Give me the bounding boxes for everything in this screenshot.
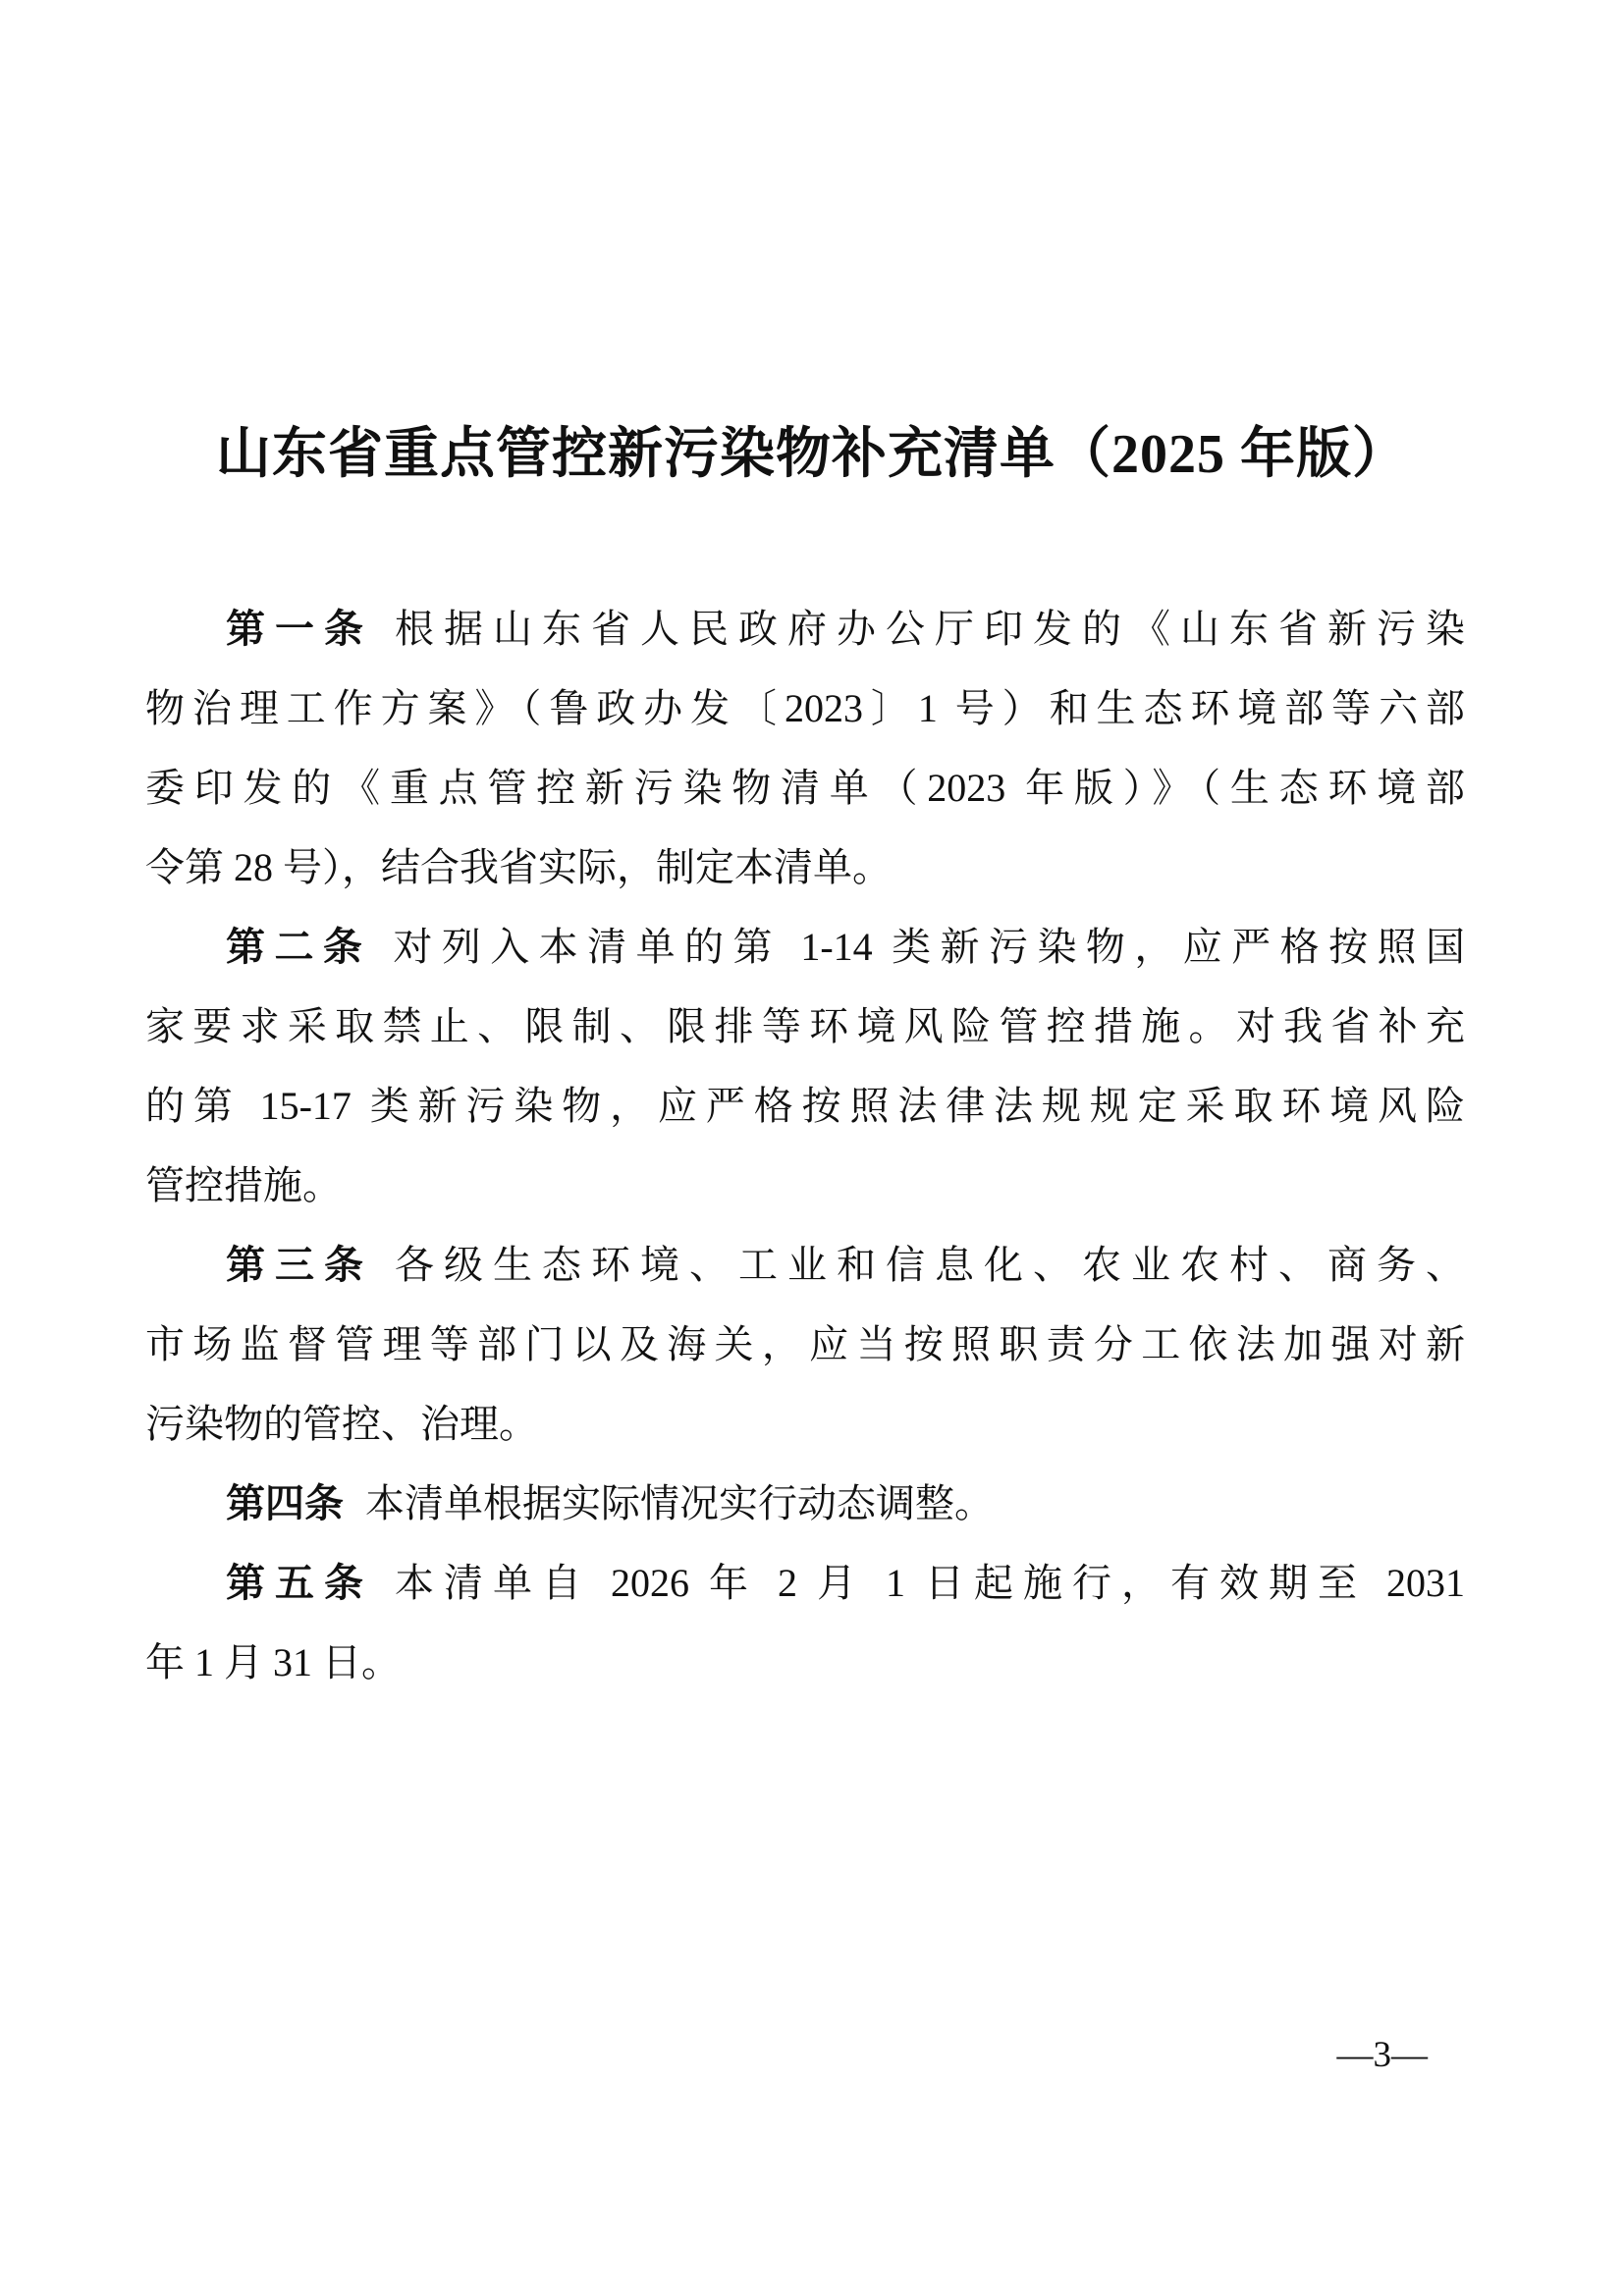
article-1-label: 第一条 <box>226 608 373 651</box>
body-line: 的第 15-17 类新污染物，应严格按照法律法规规定采取环境风险 <box>145 1066 1465 1146</box>
document-page: 山东省重点管控新污染物补充清单（2025 年版） 第一条根据山东省人民政府办公厅… <box>0 0 1624 2296</box>
line-text: 的第 15-17 类新污染物，应严格按照法律法规规定采取环境风险 <box>145 1084 1465 1128</box>
line-text: 本清单根据实际情况实行动态调整。 <box>365 1481 994 1525</box>
line-text: 令第 28 号），结合我省实际，制定本清单。 <box>145 845 892 889</box>
body-line: 委印发的《重点管控新污染物清单（2023 年版）》（生态环境部 <box>145 748 1465 828</box>
document-body: 第一条根据山东省人民政府办公厅印发的《山东省新污染 物治理工作方案》（鲁政办发〔… <box>145 589 1465 1702</box>
line-text: 物治理工作方案》（鲁政办发〔2023〕1 号）和生态环境部等六部 <box>145 686 1465 730</box>
line-text: 委印发的《重点管控新污染物清单（2023 年版）》（生态环境部 <box>145 766 1465 810</box>
body-line: 年 1 月 31 日。 <box>145 1623 1465 1702</box>
line-text: 年 1 月 31 日。 <box>145 1640 401 1684</box>
line-text: 市场监督管理等部门以及海关，应当按照职责分工依法加强对新 <box>145 1322 1465 1366</box>
page-title: 山东省重点管控新污染物补充清单（2025 年版） <box>79 418 1545 491</box>
body-line: 污染物的管控、治理。 <box>145 1384 1465 1464</box>
article-2-label: 第二条 <box>226 926 371 969</box>
body-line: 管控措施。 <box>145 1146 1465 1225</box>
line-text: 根据山东省人民政府办公厅印发的《山东省新污染 <box>395 607 1465 651</box>
line-text: 管控措施。 <box>145 1163 342 1207</box>
article-5-label: 第五条 <box>226 1562 373 1605</box>
body-line: 第五条本清单自 2026 年 2 月 1 日起施行，有效期至 2031 <box>145 1543 1465 1623</box>
article-3-label: 第三条 <box>226 1244 373 1287</box>
body-line: 第一条根据山东省人民政府办公厅印发的《山东省新污染 <box>145 589 1465 668</box>
body-line: 家要求采取禁止、限制、限排等环境风险管控措施。对我省补充 <box>145 987 1465 1066</box>
line-text: 污染物的管控、治理。 <box>145 1402 538 1446</box>
body-line: 第二条对列入本清单的第 1-14 类新污染物，应严格按照国 <box>145 907 1465 987</box>
body-line: 市场监督管理等部门以及海关，应当按照职责分工依法加强对新 <box>145 1305 1465 1384</box>
line-text: 本清单自 2026 年 2 月 1 日起施行，有效期至 2031 <box>395 1561 1465 1605</box>
body-line: 第三条各级生态环境、工业和信息化、农业农村、商务、 <box>145 1225 1465 1305</box>
line-text: 家要求采取禁止、限制、限排等环境风险管控措施。对我省补充 <box>145 1004 1465 1048</box>
body-line: 令第 28 号），结合我省实际，制定本清单。 <box>145 828 1465 907</box>
body-line: 物治理工作方案》（鲁政办发〔2023〕1 号）和生态环境部等六部 <box>145 668 1465 748</box>
line-text: 对列入本清单的第 1-14 类新污染物，应严格按照国 <box>393 925 1465 969</box>
article-4-label: 第四条 <box>226 1482 344 1525</box>
page-number: —3— <box>1337 2034 1429 2077</box>
line-text: 各级生态环境、工业和信息化、农业农村、商务、 <box>395 1243 1465 1287</box>
body-line: 第四条本清单根据实际情况实行动态调整。 <box>145 1464 1465 1543</box>
